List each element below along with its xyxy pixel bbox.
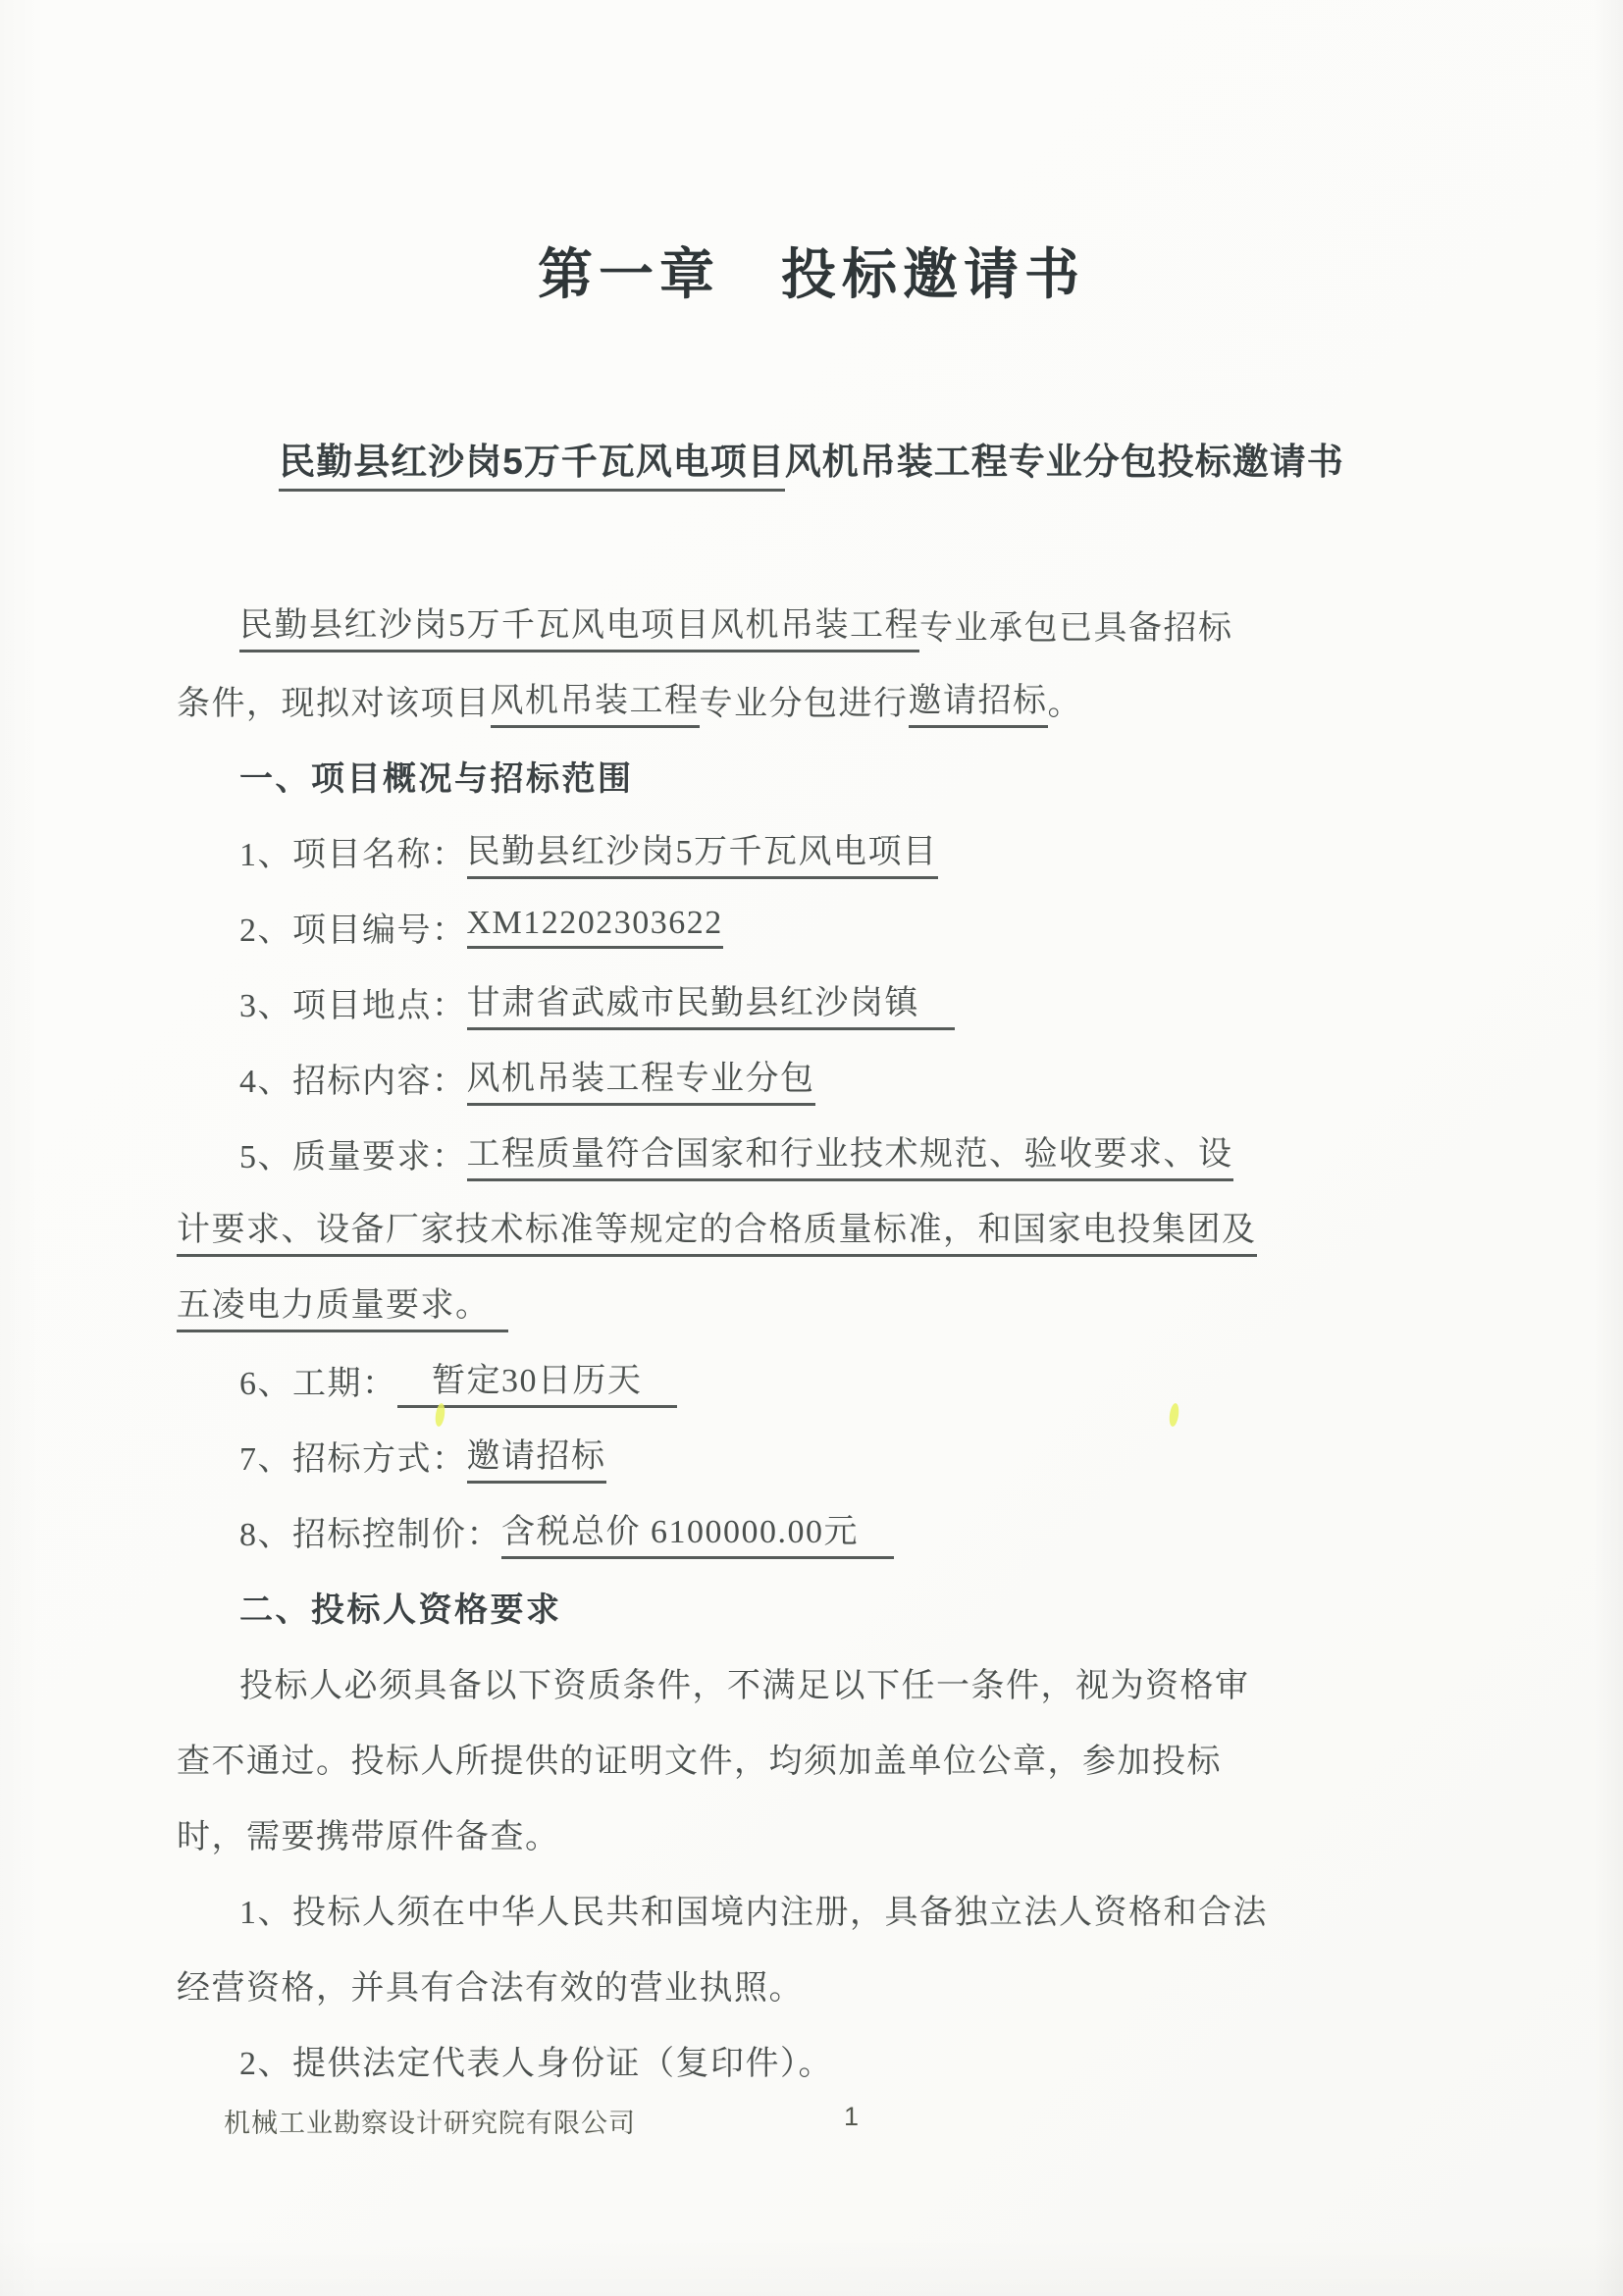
text-segment: 时，需要携带原件备查。 [177,1809,560,1857]
qualification-item-line: 经营资格，并具有合法有效的营业执照。 [177,1947,1454,2022]
underlined-text-segment: 民勤县红沙岗5万千瓦风电项目 [467,824,938,879]
text-segment: 8、招标控制价： [239,1507,501,1555]
underlined-text-segment: 工程质量符合国家和行业技术规范、验收要求、设 [467,1126,1233,1181]
underlined-text-segment: 风机吊装工程 [491,673,700,728]
underlined-text-segment: XM12202303622 [467,905,723,949]
text-segment: 4、招标内容： [239,1054,467,1102]
text-segment: 投标人必须具备以下资质条件，不满足以下任一条件，视为资格审 [239,1658,1250,1706]
text-segment: 一、项目概况与招标范围 [239,752,634,800]
item-project-name: 1、项目名称：民勤县红沙岗5万千瓦风电项目 [177,813,1454,889]
intro-paragraph-line: 条件，现拟对该项目风机吊装工程专业分包进行邀请招标。 [177,662,1454,738]
text-segment: 风机吊装工程专业分包投标邀请书 [785,432,1344,485]
text-segment: 2、提供法定代表人身份证（复印件）。 [239,2036,833,2084]
item-project-location: 3、项目地点：甘肃省武威市民勤县红沙岗镇 [177,965,1454,1040]
underlined-text-segment: 暂定30日历天 [397,1353,678,1408]
section-heading-2: 二、投标人资格要求 [177,1569,1454,1644]
text-segment: 3、项目地点： [239,978,467,1026]
text-segment: 2、项目编号： [239,903,467,951]
item-quality-requirement-line: 五凌电力质量要求。 [177,1267,1454,1342]
text-segment: 6、工期： [239,1356,397,1404]
page-footer: 机械工业勘察设计研究院有限公司 1 [0,2098,1623,2141]
document-body: 民勤县红沙岗5万千瓦风电项目风机吊装工程专业承包已具备招标条件，现拟对该项目风机… [177,587,1454,2098]
text-segment: 7、招标方式： [239,1432,467,1480]
item-construction-period: 6、工期： 暂定30日历天 [177,1342,1454,1418]
underlined-text-segment: 含税总价 6100000.00元 [501,1504,894,1559]
intro-paragraph-line: 民勤县红沙岗5万千瓦风电项目风机吊装工程专业承包已具备招标 [177,587,1454,662]
underlined-text-segment: 民勤县红沙岗5万千瓦风电项目风机吊装工程 [239,598,919,652]
underlined-text-segment: 邀请招标 [909,673,1048,728]
footer-page-number: 1 [844,2102,860,2132]
qualification-item-line: 1、投标人须在中华人民共和国境内注册，具备独立法人资格和合法 [177,1871,1454,1947]
underlined-text-segment: 民勤县红沙岗5万千瓦风电项目 [279,432,785,492]
underlined-text-segment: 计要求、设备厂家技术标准等规定的合格质量标准，和国家电投集团及 [177,1202,1257,1257]
underlined-text-segment: 五凌电力质量要求。 [177,1278,508,1332]
text-segment: 专业分包进行 [700,676,909,724]
text-segment: 二、投标人资格要求 [239,1583,562,1631]
underlined-text-segment: 甘肃省武威市民勤县红沙岗镇 [467,975,955,1030]
text-segment: 5、质量要求： [239,1129,467,1177]
item-quality-requirement-line: 5、质量要求：工程质量符合国家和行业技术规范、验收要求、设 [177,1116,1454,1191]
text-segment: 。 [1048,676,1083,724]
text-segment: 1、投标人须在中华人民共和国境内注册，具备独立法人资格和合法 [239,1885,1268,1933]
qualification-paragraph-line: 时，需要携带原件备查。 [177,1796,1454,1871]
document-subtitle: 民勤县红沙岗5万千瓦风电项目风机吊装工程专业分包投标邀请书 [0,432,1623,492]
text-segment: 专业承包已具备招标 [919,600,1233,649]
item-project-number: 2、项目编号：XM12202303622 [177,889,1454,965]
item-tender-control-price: 8、招标控制价：含税总价 6100000.00元 [177,1493,1454,1569]
footer-company-name: 机械工业勘察设计研究院有限公司 [224,2102,636,2140]
text-segment: 经营资格，并具有合法有效的营业执照。 [177,1960,804,2009]
scanned-document-page: 第一章 投标邀请书 民勤县红沙岗5万千瓦风电项目风机吊装工程专业分包投标邀请书 … [0,0,1623,2296]
qualification-paragraph-line: 投标人必须具备以下资质条件，不满足以下任一条件，视为资格审 [177,1644,1454,1720]
item-tender-method: 7、招标方式：邀请招标 [177,1418,1454,1493]
section-heading-1: 一、项目概况与招标范围 [177,738,1454,813]
qualification-item-line: 2、提供法定代表人身份证（复印件）。 [177,2022,1454,2098]
underlined-text-segment: 风机吊装工程专业分包 [467,1051,815,1106]
text-segment: 1、项目名称： [239,827,467,875]
underlined-text-segment: 邀请招标 [467,1429,606,1484]
text-segment: 条件，现拟对该项目 [177,676,491,724]
text-segment: 查不通过。投标人所提供的证明文件，均须加盖单位公章，参加投标 [177,1734,1222,1782]
chapter-title: 第一章 投标邀请书 [0,232,1623,310]
item-tender-content: 4、招标内容：风机吊装工程专业分包 [177,1040,1454,1116]
qualification-paragraph-line: 查不通过。投标人所提供的证明文件，均须加盖单位公章，参加投标 [177,1720,1454,1796]
item-quality-requirement-line: 计要求、设备厂家技术标准等规定的合格质量标准，和国家电投集团及 [177,1191,1454,1267]
